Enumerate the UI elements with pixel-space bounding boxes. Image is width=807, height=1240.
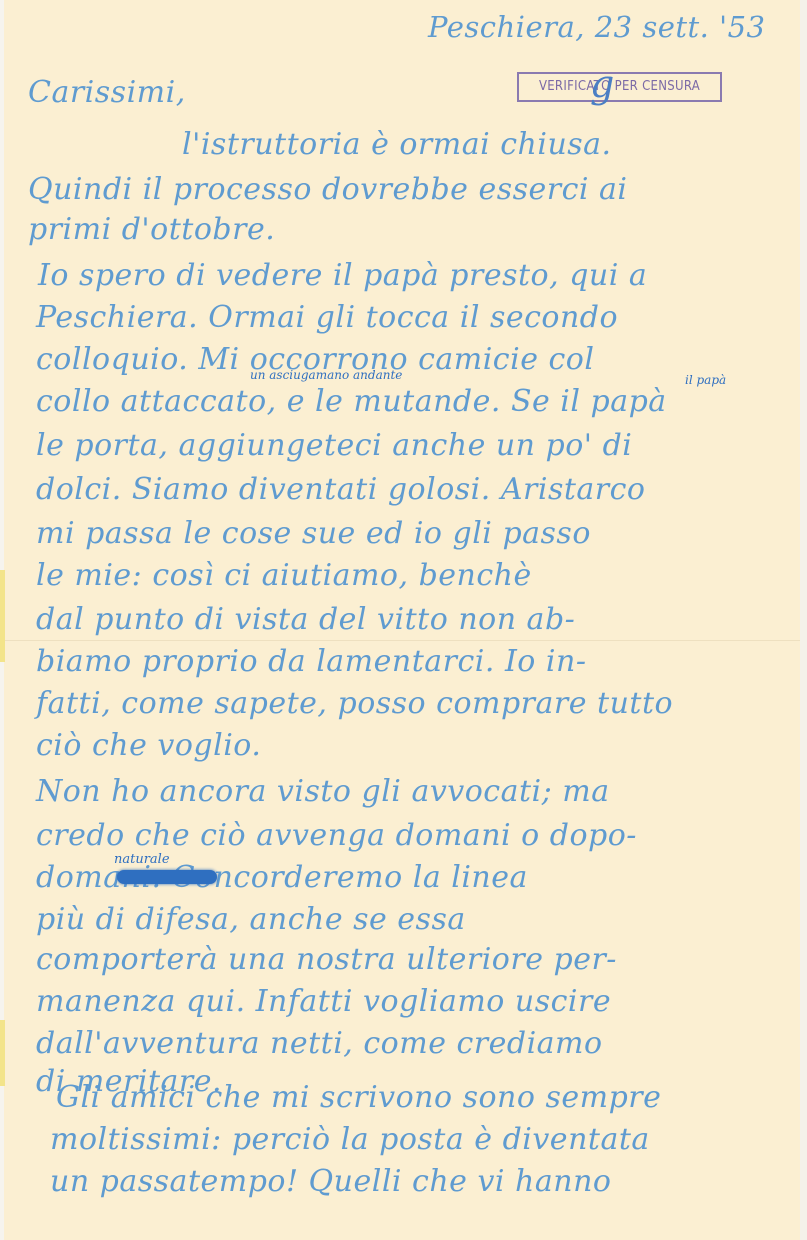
yellow-tab (0, 570, 5, 662)
letter-line: collo attaccato, e le mutande. Se il pap… (36, 384, 667, 419)
letter-line: moltissimi: perciò la posta è diventata (50, 1122, 650, 1157)
censor-signature: g (590, 62, 614, 106)
crossed-out-word (117, 870, 217, 884)
letter-line: dolci. Siamo diventati golosi. Aristarco (36, 472, 645, 507)
place-date: Peschiera, 23 sett. '53 (428, 10, 765, 44)
letter-line: un passatempo! Quelli che vi hanno (50, 1164, 611, 1199)
letter-line: Gli amici che mi scrivono sono sempre (56, 1080, 661, 1115)
right-margin-strip (800, 0, 807, 1240)
letter-line: Non ho ancora visto gli avvocati; ma (36, 774, 610, 809)
letter-line: Io spero di vedere il papà presto, qui a (38, 258, 647, 293)
letter-line: credo che ciò avvenga domani o dopo- (36, 818, 637, 853)
letter-line: le porta, aggiungeteci anche un po' di (36, 428, 632, 463)
letter-line: le mie: così ci aiutiamo, benchè (36, 558, 532, 593)
letter-line: dal punto di vista del vitto non ab- (36, 602, 575, 637)
salutation: Carissimi, (28, 75, 186, 110)
letter-line: Peschiera. Ormai gli tocca il secondo (36, 300, 618, 335)
letter-line: comporterà una nostra ulteriore per- (36, 942, 617, 977)
letter-line: mi passa le cose sue ed io gli passo (36, 516, 591, 551)
letter-line: ciò che voglio. (36, 728, 261, 763)
paper-fold (4, 640, 800, 641)
letter-line: dall'avventura netti, come crediamo (36, 1026, 603, 1061)
letter-line: domani. Concorderemo la linea (36, 860, 528, 895)
letter-line: manenza qui. Infatti vogliamo uscire (36, 984, 611, 1019)
censorship-stamp: VERIFICATO PER CENSURA (517, 72, 722, 102)
insertion-naturale: naturale (114, 852, 170, 867)
letter-line: l'istruttoria è ormai chiusa. (182, 127, 612, 162)
letter-line: biamo proprio da lamentarci. Io in- (36, 644, 586, 679)
insertion-papa: il papà (685, 373, 726, 387)
insertion-towel: un asciugamano andante (250, 368, 402, 382)
letter-line: primi d'ottobre. (28, 212, 275, 247)
yellow-tab (0, 1020, 5, 1086)
letter-line: fatti, come sapete, posso comprare tutto (36, 686, 673, 721)
letter-line: più di difesa, anche se essa (36, 902, 466, 937)
letter-line: Quindi il processo dovrebbe esserci ai (28, 172, 628, 207)
